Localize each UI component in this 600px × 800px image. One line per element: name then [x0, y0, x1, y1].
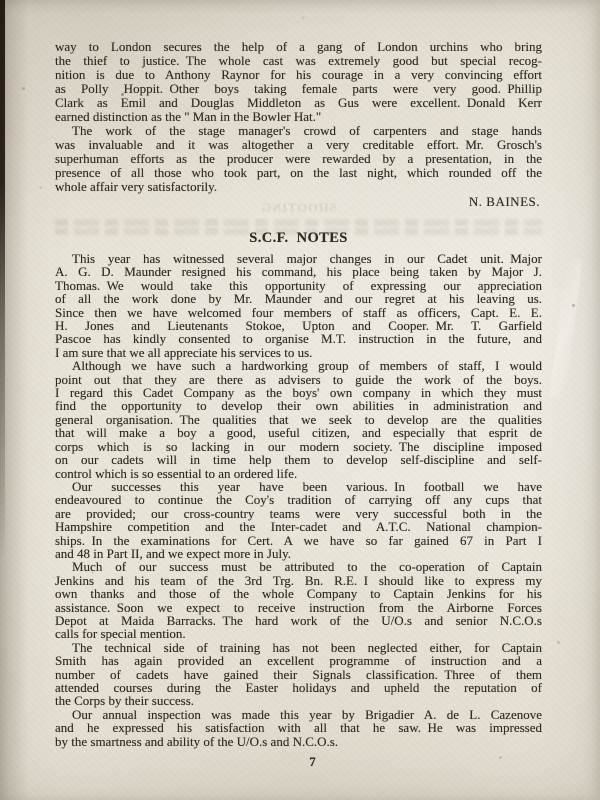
paragraph: way to London secures the help of a gang…	[55, 40, 542, 124]
text-line: was invaluable and it was altogether a v…	[55, 138, 542, 152]
text-line: This year has witnessed several major ch…	[55, 252, 542, 265]
text-line: Although we have such a hardworking grou…	[55, 359, 542, 372]
bleedthrough-text: SHOOTING	[55, 201, 542, 216]
paragraph: Our successes this year have been variou…	[55, 480, 542, 560]
text-line: presence of all those who took part, on …	[55, 166, 542, 180]
paragraph: Much of our success must be attributed t…	[55, 560, 542, 640]
paragraph: The work of the stage manager's crowd of…	[55, 124, 542, 194]
text-line: the thief to justice. The whole cast was…	[55, 54, 542, 68]
text-line: as Polly Hoppit. Other boys taking femal…	[55, 82, 542, 96]
text-line: ships. In the examinations for Cert. A w…	[55, 534, 542, 547]
text-line: Our successes this year have been variou…	[55, 480, 542, 493]
text-line: Since then we have welcomed four members…	[55, 306, 542, 319]
text-line: point out that they are there as adviser…	[55, 373, 542, 386]
scf-notes-body: This year has witnessed several major ch…	[55, 252, 542, 748]
text-line: Clark as Emil and Douglas Middleton as G…	[55, 96, 542, 110]
text-line: Pascoe has kindly consented to organise …	[55, 332, 542, 345]
paper-crease	[550, 258, 583, 399]
text-line: find the opportunity to develop their ow…	[55, 399, 542, 412]
paragraph: Our annual inspection was made this year…	[55, 708, 542, 748]
text-line: I regard this Cadet Company as the boys'…	[55, 386, 542, 399]
paragraph: This year has witnessed several major ch…	[55, 252, 542, 359]
text-line: and 48 in Part II, and we expect more in…	[55, 547, 542, 560]
paper-specks	[0, 0, 1, 1]
text-line: A. G. D. Maunder resigned his command, h…	[55, 265, 542, 278]
text-line: number of cadets have gained their Signa…	[55, 668, 542, 681]
article-conclusion-body: way to London secures the help of a gang…	[55, 40, 542, 194]
text-line: and he expressed his satisfaction with a…	[55, 721, 542, 734]
text-line: earned distinction as the " Man in the B…	[55, 110, 542, 124]
text-line: calls for special mention.	[55, 627, 542, 640]
text-line: own thanks and those of the whole Compan…	[55, 587, 542, 600]
text-line: of all the work done by Mr. Maunder and …	[55, 292, 542, 305]
text-line: Depot at Maida Barracks. The hard work o…	[55, 614, 542, 627]
text-line: assistance. Soon we expect to receive in…	[55, 601, 542, 614]
text-line: corps which is so lacking in our modern …	[55, 440, 542, 453]
text-line: Thomas. We would take this opportunity o…	[55, 279, 542, 292]
text-line: Our annual inspection was made this year…	[55, 708, 542, 721]
page-number: 7	[55, 754, 556, 770]
text-line: general organisation. The qualities that…	[55, 413, 542, 426]
text-line: nition is due to Anthony Raynor for his …	[55, 68, 542, 82]
paragraph: Although we have such a hardworking grou…	[55, 359, 542, 480]
bleedthrough-row	[55, 219, 542, 226]
text-line: the Corps by their success.	[55, 694, 542, 707]
text-line: are provided; our cross-country teams we…	[55, 507, 542, 520]
text-line: The work of the stage manager's crowd of…	[55, 124, 542, 138]
text-line: whole affair very satisfactorily.	[55, 180, 542, 194]
binding-edge-strip	[0, 0, 5, 560]
text-line: H. Jones and Lieutenants Stokoe, Upton a…	[55, 319, 542, 332]
text-line: way to London secures the help of a gang…	[55, 40, 542, 54]
text-line: superhuman efforts as the producer were …	[55, 152, 542, 166]
text-line: by the smartness and ability of the U/O.…	[55, 735, 542, 748]
paragraph: The technical side of training has not b…	[55, 641, 542, 708]
scanned-magazine-page: way to London secures the help of a gang…	[0, 0, 600, 800]
text-line: control which is so essential to an orde…	[55, 467, 542, 480]
section-heading: S.C.F. NOTES	[55, 230, 542, 247]
text-line: I am sure that we all appreciate his ser…	[55, 346, 542, 359]
text-line: Hampshire competition and the Inter-cade…	[55, 520, 542, 533]
text-line: attended courses during the Easter holid…	[55, 681, 542, 694]
text-line: that will make a boy a good, useful citi…	[55, 426, 542, 439]
text-line: Smith has again provided an excellent pr…	[55, 654, 542, 667]
text-line: Much of our success must be attributed t…	[55, 560, 542, 573]
text-line: endeavoured to continue the Coy's tradit…	[55, 493, 542, 506]
text-line: The technical side of training has not b…	[55, 641, 542, 654]
text-line: Jenkins and his team of the 3rd Trg. Bn.…	[55, 574, 542, 587]
text-line: on our cadets will in time help them to …	[55, 453, 542, 466]
